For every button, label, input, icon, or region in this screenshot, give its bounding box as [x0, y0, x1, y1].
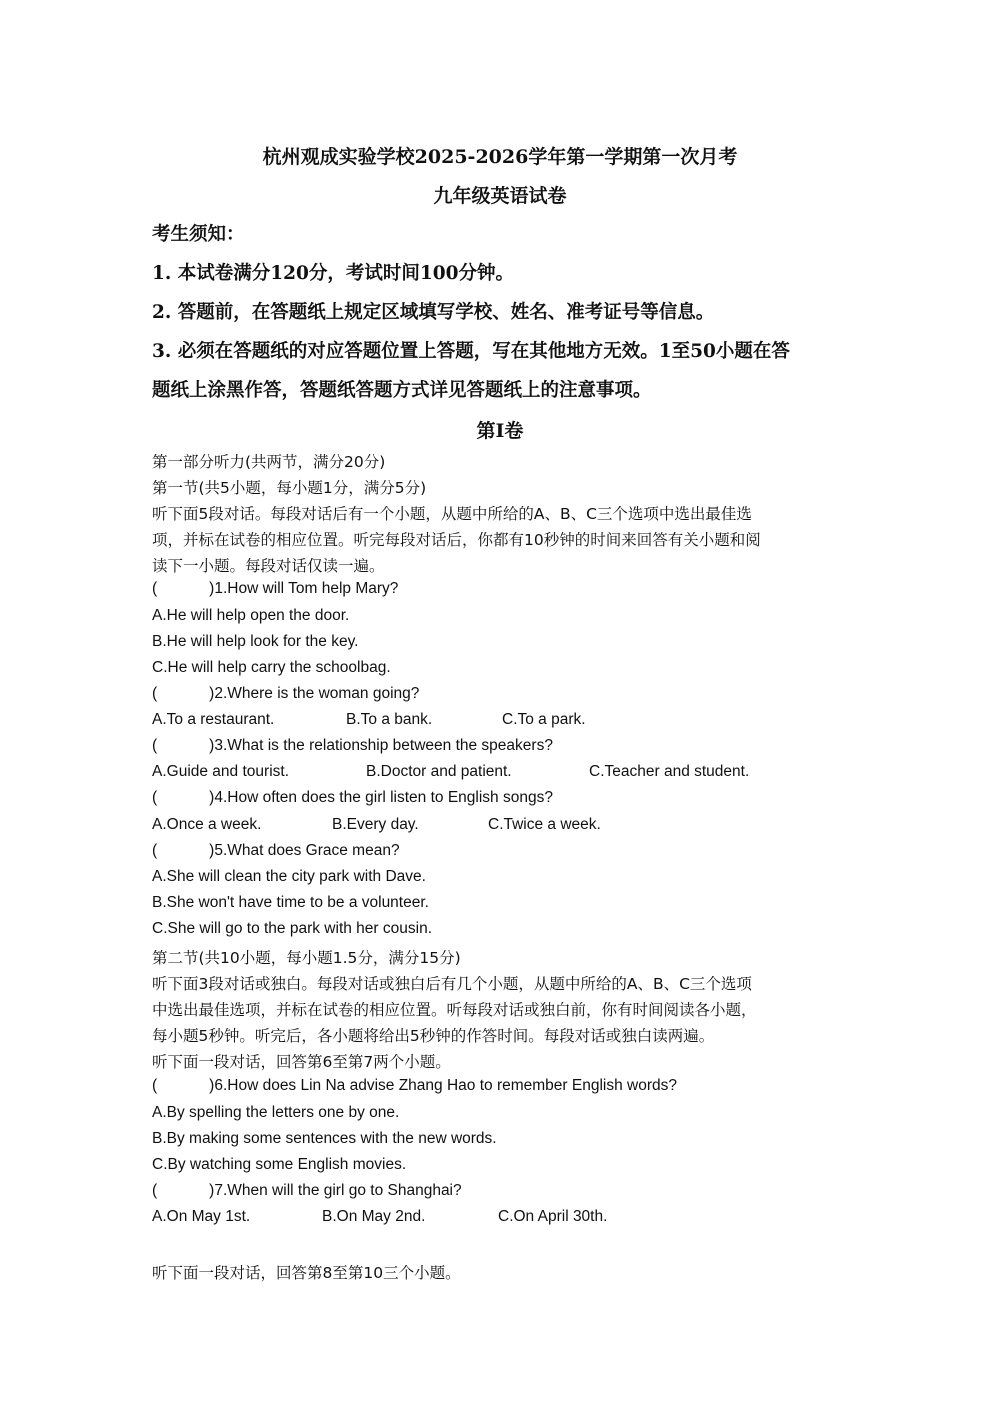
question-6: ()6.How does Lin Na advise Zhang Hao to …	[152, 1077, 677, 1095]
question-3-option-a: A.Guide and tourist.	[152, 763, 289, 781]
answer-blank-open: (	[152, 789, 157, 806]
question-1-option-b: B.He will help look for the key.	[152, 633, 358, 651]
question-stem: )3.What is the relationship between the …	[209, 737, 553, 754]
question-stem: )1.How will Tom help Mary?	[209, 580, 398, 597]
question-3-option-c: C.Teacher and student.	[589, 763, 749, 781]
question-2-option-a: A.To a restaurant.	[152, 711, 274, 729]
question-1-option-c: C.He will help carry the schoolbag.	[152, 659, 391, 677]
notice-item-3-cont: 题纸上涂黑作答，答题纸答题方式详见答题纸上的注意事项。	[152, 376, 652, 402]
question-stem: )7.When will the girl go to Shanghai?	[209, 1182, 461, 1199]
question-4: ()4.How often does the girl listen to En…	[152, 789, 553, 807]
section2-instructions-3: 每小题5秒钟。听完后，各小题将给出5秒钟的作答时间。每段对话或独白读两遍。	[152, 1024, 714, 1046]
answer-blank-open: (	[152, 1182, 157, 1199]
answer-blank-open: (	[152, 842, 157, 859]
answer-blank-open: (	[152, 1077, 157, 1094]
question-4-option-b: B.Every day.	[332, 816, 419, 834]
notice-item-3: 3. 必须在答题纸的对应答题位置上答题，写在其他地方无效。1至50小题在答	[152, 337, 790, 363]
exam-title: 杭州观成实验学校2025-2026学年第一学期第一次月考	[0, 142, 1000, 169]
question-4-option-c: C.Twice a week.	[488, 816, 601, 834]
question-1-option-a: A.He will help open the door.	[152, 607, 349, 625]
section1-heading: 第一节(共5小题，每小题1分，满分5分)	[152, 476, 426, 498]
question-5: ()5.What does Grace mean?	[152, 842, 400, 860]
answer-blank-open: (	[152, 685, 157, 702]
question-6-option-c: C.By watching some English movies.	[152, 1156, 406, 1174]
answer-blank-open: (	[152, 737, 157, 754]
section1-instructions-1: 听下面5段对话。每段对话后有一个小题，从题中所给的A、B、C三个选项中选出最佳选	[152, 502, 752, 524]
section2-heading: 第二节(共10小题，每小题1.5分，满分15分)	[152, 946, 461, 968]
question-1: ()1.How will Tom help Mary?	[152, 580, 398, 598]
question-6-option-a: A.By spelling the letters one by one.	[152, 1104, 399, 1122]
section2-instructions-1: 听下面3段对话或独白。每段对话或独白后有几个小题，从题中所给的A、B、C三个选项	[152, 972, 752, 994]
question-5-option-c: C.She will go to the park with her cousi…	[152, 920, 432, 938]
section2-instructions-2: 中选出最佳选项，并标在试卷的相应位置。听每段对话或独白前，你有时间阅读各小题，	[152, 998, 757, 1020]
dialogue2-intro: 听下面一段对话，回答第8至第10三个小题。	[152, 1261, 461, 1283]
answer-blank-open: (	[152, 580, 157, 597]
question-stem: )6.How does Lin Na advise Zhang Hao to r…	[209, 1077, 677, 1094]
question-7-option-b: B.On May 2nd.	[322, 1208, 425, 1226]
question-stem: )4.How often does the girl listen to Eng…	[209, 789, 553, 806]
notice-item-1: 1. 本试卷满分120分，考试时间100分钟。	[152, 259, 514, 285]
question-5-option-b: B.She won't have time to be a volunteer.	[152, 894, 429, 912]
question-stem: )2.Where is the woman going?	[209, 685, 419, 702]
dialogue1-intro: 听下面一段对话，回答第6至第7两个小题。	[152, 1050, 451, 1072]
question-7: ()7.When will the girl go to Shanghai?	[152, 1182, 462, 1200]
notice-heading: 考生须知：	[152, 220, 245, 246]
question-2-option-c: C.To a park.	[502, 711, 586, 729]
question-7-option-c: C.On April 30th.	[498, 1208, 607, 1226]
part1-heading: 第一部分听力(共两节，满分20分)	[152, 450, 385, 472]
section1-instructions-3: 读下一小题。每段对话仅读一遍。	[152, 554, 385, 576]
notice-item-2: 2. 答题前，在答题纸上规定区域填写学校、姓名、准考证号等信息。	[152, 298, 714, 324]
question-2: ()2.Where is the woman going?	[152, 685, 419, 703]
question-7-option-a: A.On May 1st.	[152, 1208, 250, 1226]
question-3: ()3.What is the relationship between the…	[152, 737, 553, 755]
section1-instructions-2: 项，并标在试卷的相应位置。听完每段对话后，你都有10秒钟的时间来回答有关小题和阅	[152, 528, 761, 550]
question-stem: )5.What does Grace mean?	[209, 842, 399, 859]
question-2-option-b: B.To a bank.	[346, 711, 432, 729]
volume-title: 第I卷	[0, 416, 1000, 443]
question-3-option-b: B.Doctor and patient.	[366, 763, 512, 781]
question-5-option-a: A.She will clean the city park with Dave…	[152, 868, 426, 886]
question-6-option-b: B.By making some sentences with the new …	[152, 1130, 497, 1148]
question-4-option-a: A.Once a week.	[152, 816, 261, 834]
exam-subtitle: 九年级英语试卷	[0, 181, 1000, 208]
